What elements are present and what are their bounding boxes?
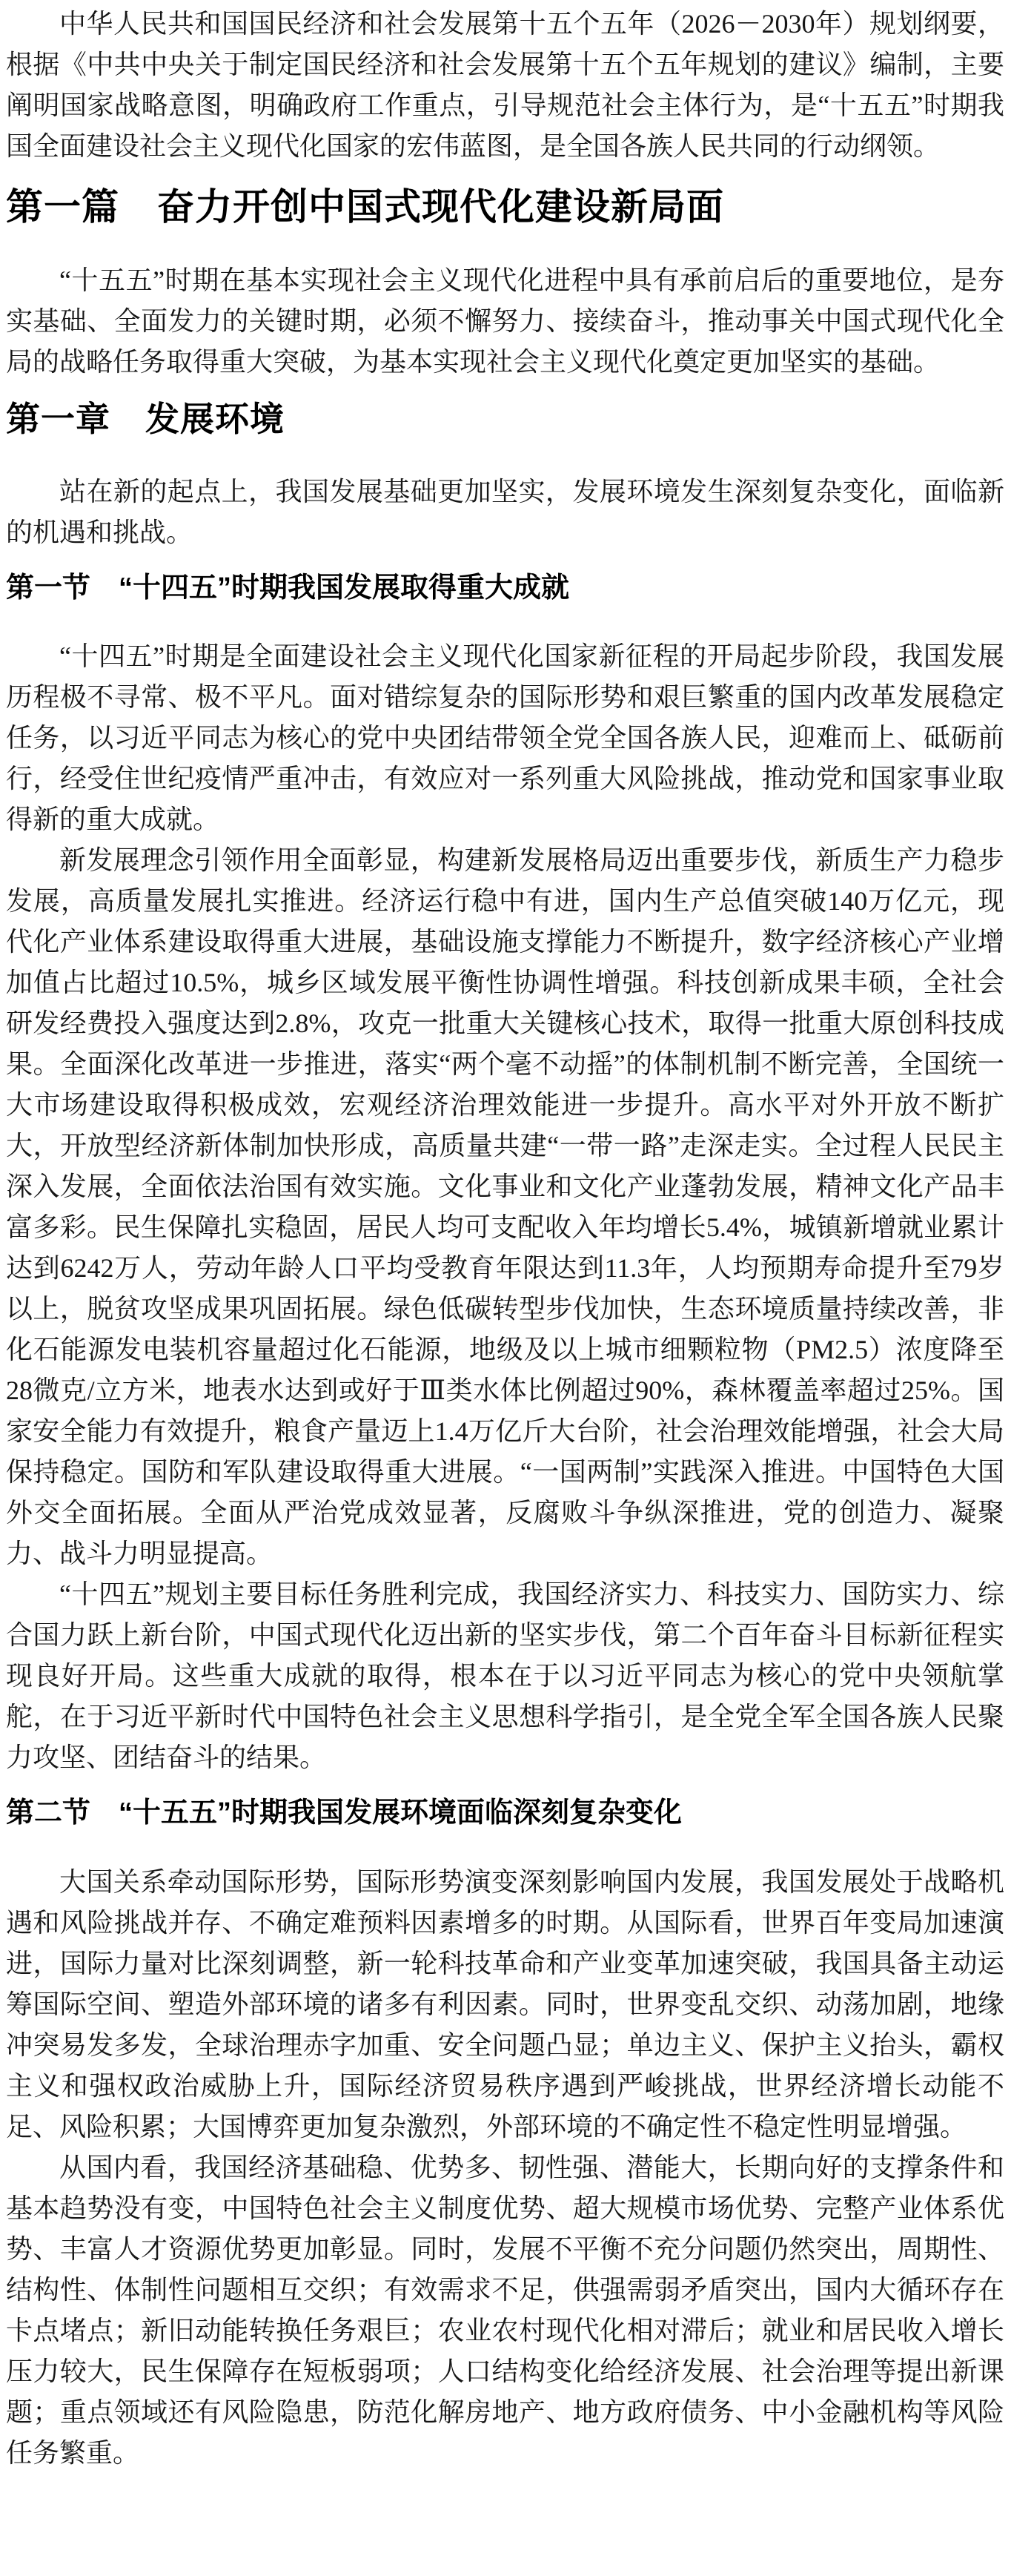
intro-paragraph: 中华人民共和国国民经济和社会发展第十五个五年（2026－2030年）规划纲要，根… <box>6 4 1004 167</box>
section-1-paragraph-1: “十四五”时期是全面建设社会主义现代化国家新征程的开局起步阶段，我国发展历程极不… <box>6 636 1004 840</box>
section-1-paragraph-3: “十四五”规划主要目标任务胜利完成，我国经济实力、科技实力、国防实力、综合国力跃… <box>6 1574 1004 1778</box>
section-1-paragraph-2: 新发展理念引领作用全面彰显，构建新发展格局迈出重要步伐，新质生产力稳步发展，高质… <box>6 840 1004 1574</box>
part-intro-paragraph: “十五五”时期在基本实现社会主义现代化进程中具有承前启后的重要地位，是夯实基础、… <box>6 260 1004 383</box>
chapter-intro-paragraph: 站在新的起点上，我国发展基础更加坚实，发展环境发生深刻复杂变化，面临新的机遇和挑… <box>6 472 1004 553</box>
section-2-paragraph-2: 从国内看，我国经济基础稳、优势多、韧性强、潜能大，长期向好的支撑条件和基本趋势没… <box>6 2147 1004 2474</box>
section-1-title: 第一节 “十四五”时期我国发展取得重大成就 <box>6 572 1004 605</box>
chapter-1-title: 第一章 发展环境 <box>6 400 1004 439</box>
document-page: 中华人民共和国国民经济和社会发展第十五个五年（2026－2030年）规划纲要，根… <box>0 0 1011 2576</box>
section-2-title: 第二节 “十五五”时期我国发展环境面临深刻复杂变化 <box>6 1797 1004 1830</box>
part-1-title: 第一篇 奋力开创中国式现代化建设新局面 <box>6 186 1004 228</box>
section-2-paragraph-1: 大国关系牵动国际形势，国际形势演变深刻影响国内发展，我国发展处于战略机遇和风险挑… <box>6 1862 1004 2147</box>
